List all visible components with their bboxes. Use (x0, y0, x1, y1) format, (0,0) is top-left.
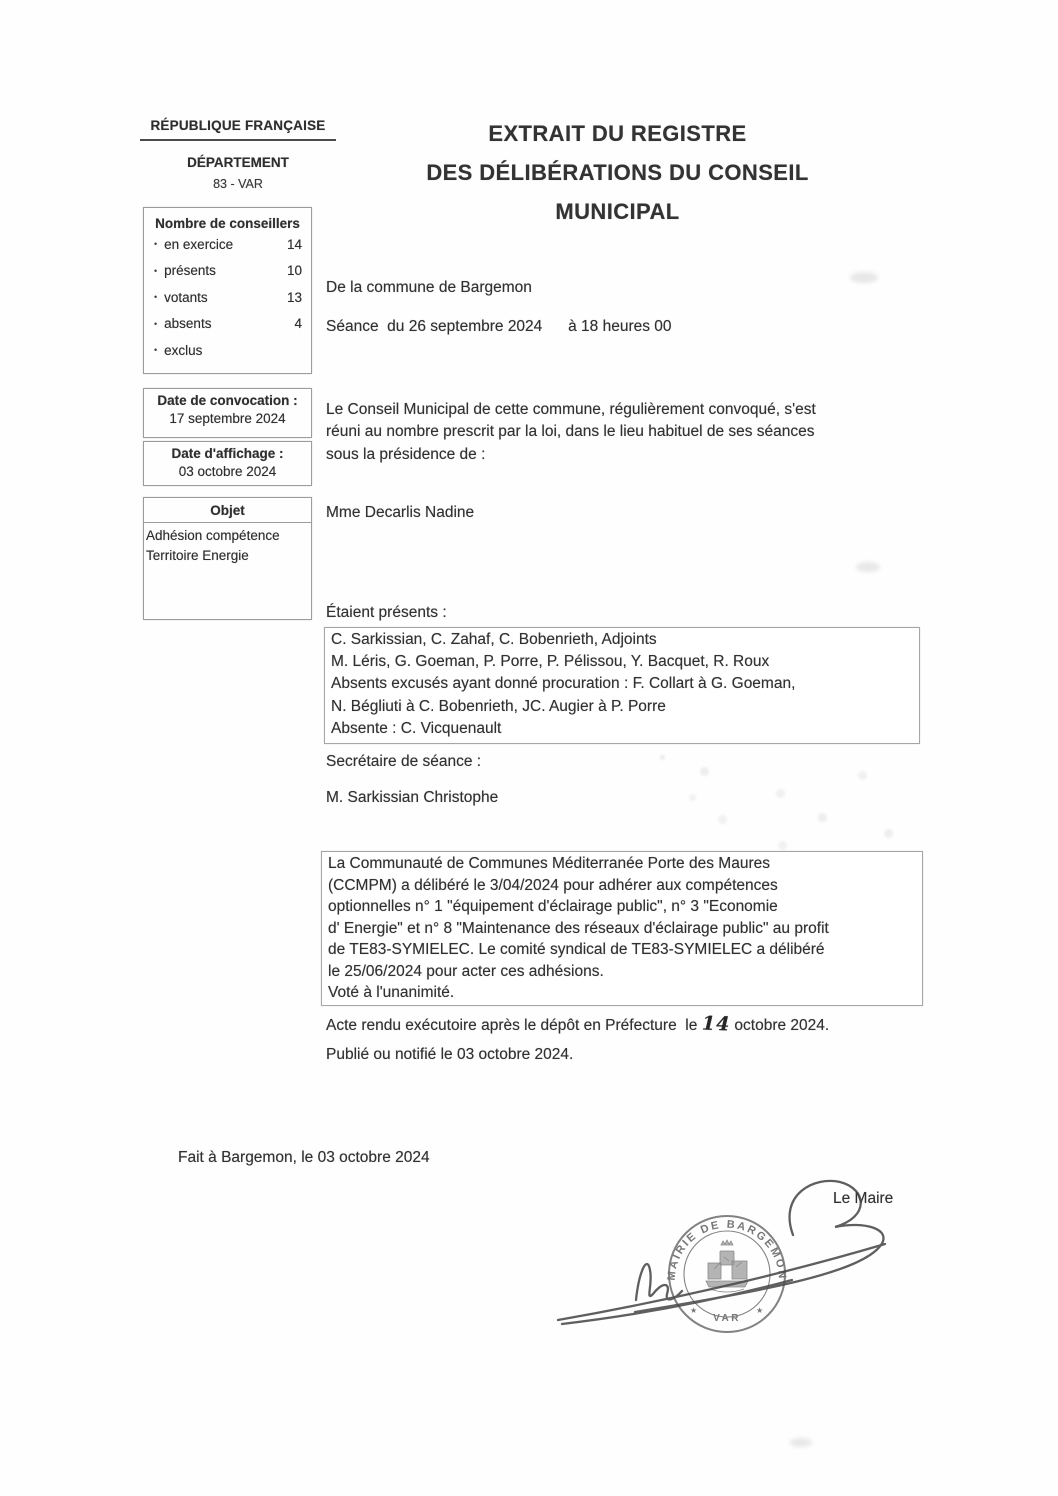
presents-line: Absente : C. Vicquenault (331, 718, 913, 740)
convocation-title: Date de convocation : (144, 389, 311, 408)
conseillers-row-presents: • présents 10 (144, 258, 311, 285)
departement-label: DÉPARTEMENT (140, 155, 336, 170)
republique-header: RÉPUBLIQUE FRANÇAISE (140, 118, 336, 141)
conseillers-row-en-exercice: • en exercice 14 (144, 231, 311, 258)
conseillers-title: Nombre de conseillers (144, 208, 311, 231)
deliberation-line: d' Energie" et n° 8 "Maintenance des rés… (328, 918, 916, 940)
affichage-date: 03 octobre 2024 (144, 461, 311, 479)
scan-bleedthrough (660, 755, 665, 760)
presents-line: Absents excusés ayant donné procuration … (331, 673, 913, 695)
secretaire-label: Secrétaire de séance : (326, 753, 481, 771)
presents-box: C. Sarkissian, C. Zahaf, C. Bobenrieth, … (324, 627, 920, 744)
affichage-box: Date d'affichage : 03 octobre 2024 (143, 441, 312, 486)
bullet-icon: • (154, 266, 157, 276)
objet-line1: Adhésion compétence (146, 526, 309, 546)
departement-code: 83 - VAR (140, 177, 336, 191)
objet-title: Objet (144, 498, 311, 523)
fait-line: Fait à Bargemon, le 03 octobre 2024 (178, 1149, 430, 1167)
conseillers-row-exclus: • exclus (144, 337, 311, 364)
deliberation-line: le 25/06/2024 pour acter ces adhésions. (328, 961, 916, 983)
bullet-icon: • (154, 292, 157, 302)
president-name: Mme Decarlis Nadine (326, 504, 474, 522)
presents-line: M. Léris, G. Goeman, P. Porre, P. Péliss… (331, 651, 913, 673)
presents-line: N. Bégliuti à C. Bobenrieth, JC. Augier … (331, 696, 913, 718)
affichage-title: Date d'affichage : (144, 442, 311, 461)
commune-line: De la commune de Bargemon (326, 279, 532, 297)
title-line-2: DES DÉLIBÉRATIONS DU CONSEIL (325, 153, 910, 192)
objet-body: Adhésion compétence Territoire Energie (144, 523, 311, 566)
title-line-3: MUNICIPAL (325, 192, 910, 231)
deliberation-line: Voté à l'unanimité. (328, 982, 916, 1004)
scanned-document-page: RÉPUBLIQUE FRANÇAISE DÉPARTEMENT 83 - VA… (0, 0, 1058, 1496)
handwritten-day: 14 (701, 1013, 730, 1036)
seance-line: Séance du 26 septembre 2024 à 18 heures … (326, 318, 672, 336)
conseillers-box: Nombre de conseillers • en exercice 14 •… (143, 207, 312, 374)
document-title: EXTRAIT DU REGISTRE DES DÉLIBÉRATIONS DU… (325, 114, 910, 231)
convened-paragraph: Le Conseil Municipal de cette commune, r… (326, 399, 816, 466)
signature (540, 1172, 960, 1342)
deliberation-box: La Communauté de Communes Méditerranée P… (321, 851, 923, 1006)
title-line-1: EXTRAIT DU REGISTRE (325, 114, 910, 153)
scan-artifact (790, 1438, 812, 1447)
scan-artifact (850, 272, 878, 283)
conseillers-row-votants: • votants 13 (144, 284, 311, 311)
deliberation-line: optionnelles n° 1 "équipement d'éclairag… (328, 896, 916, 918)
acte-executoire-line: Acte rendu exécutoire après le dépôt en … (326, 1013, 829, 1035)
secretaire-name: M. Sarkissian Christophe (326, 789, 498, 807)
convocation-box: Date de convocation : 17 septembre 2024 (143, 388, 312, 438)
presents-line: C. Sarkissian, C. Zahaf, C. Bobenrieth, … (331, 629, 913, 651)
deliberation-line: de TE83-SYMIELEC. Le comité syndical de … (328, 939, 916, 961)
objet-box: Objet Adhésion compétence Territoire Ene… (143, 497, 312, 620)
scan-artifact (856, 562, 880, 572)
deliberation-line: La Communauté de Communes Méditerranée P… (328, 853, 916, 875)
convocation-date: 17 septembre 2024 (144, 408, 311, 426)
bullet-icon: • (154, 239, 157, 249)
conseillers-row-absents: • absents 4 (144, 311, 311, 338)
deliberation-line: (CCMPM) a délibéré le 3/04/2024 pour adh… (328, 875, 916, 897)
bullet-icon: • (154, 345, 157, 355)
objet-line2: Territoire Energie (146, 546, 309, 566)
presents-label: Étaient présents : (326, 604, 447, 622)
bullet-icon: • (154, 319, 157, 329)
publie-line: Publié ou notifié le 03 octobre 2024. (326, 1046, 573, 1064)
